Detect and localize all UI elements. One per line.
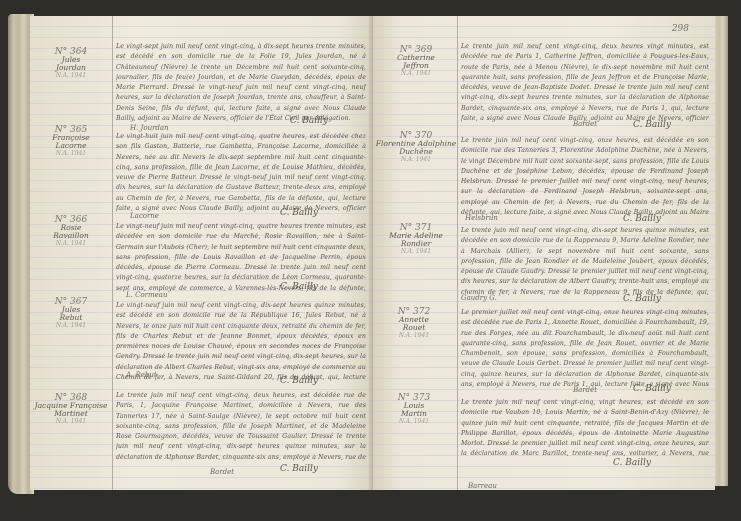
officer-signature: C. Bailly [290,116,328,126]
entry-note: N.A. 1941 [377,418,451,426]
entry-note: N.A. 1941 [34,322,108,330]
entry-note: N.A. 1941 [34,72,108,80]
officer-signature: C. Bailly [633,120,671,130]
declarant-signature: L. Cormeau [126,291,167,299]
entry-note: N.A. 1941 [379,70,453,78]
entry-text: Le vingt-huit juin mil neuf cent vingt-c… [116,132,366,214]
margin-annotation: N° 373 Louis Martin N.A. 1941 [377,394,451,426]
entry-note: N.A. 1941 [34,150,108,158]
margin-annotation: N° 370 Florentine Adolphine Duchêne N.A.… [375,132,457,164]
margin-line [457,16,458,490]
entry-text: Le trente juin mil neuf cent vingt-cinq,… [461,226,709,298]
margin-annotation: N° 366 Rosie Ravaillon N.A. 1941 [34,216,108,248]
entry-last-name: Lacorne [34,142,108,150]
entry-last-name: Rebut [34,314,108,322]
entry-text: Le premier juillet mil neuf cent vingt-c… [461,308,709,390]
margin-line [112,16,113,490]
officer-signature: C. Bailly [280,282,318,292]
entry-text: Le vingt-neuf juin mil neuf cent vingt-c… [116,222,366,294]
declarant-signature: Bardet [573,120,597,128]
entry-note: N.A. 1941 [377,332,451,340]
entry-last-name: Martinet [30,410,112,418]
officer-signature: C. Bailly [623,294,661,304]
declarant-signature: Helsbrun [465,214,498,222]
entry-text: Le vingt-sept juin mil neuf cent vingt-c… [116,42,366,124]
entry-note: N.A. 1941 [30,418,112,426]
paraph-signature: Barreau [468,482,497,490]
entry-text: Le trente juin mil neuf cent vingt-cinq,… [461,136,709,218]
declarant-signature: Bardet [573,386,597,394]
entry-note: N.A. 1941 [375,156,457,164]
margin-annotation: N° 367 Jules Rebut N.A. 1941 [34,298,108,330]
entry-last-name: Rouet [377,324,451,332]
left-page: N° 364 Jules Jourdan N.A. 1941 Le vingt-… [30,16,373,490]
officer-signature: C. Bailly [613,458,651,468]
margin-annotation: N° 369 Catherine Jeffron N.A. 1941 [379,46,453,78]
entry-last-name: Martin [377,410,451,418]
margin-annotation: N° 365 Françoise Lacorne N.A. 1941 [34,126,108,158]
entry-note: N.A. 1941 [34,240,108,248]
entry-last-name: Rondier [375,240,457,248]
declarant-signature: Gaudry G. [461,294,497,302]
declarant-signature: H. Jourdan [130,124,169,132]
entry-last-name: Ravaillon [34,232,108,240]
margin-annotation: N° 368 Jacquine Françoise Martinet N.A. … [30,394,112,426]
declarant-signature: Bardet [210,468,234,476]
officer-signature: C. Bailly [280,464,318,474]
margin-annotation: N° 364 Jules Jourdan N.A. 1941 [34,48,108,80]
margin-annotation: N° 371 Marie Adeline Rondier N.A. 1941 [375,224,457,256]
margin-annotation: N° 372 Annette Rouet N.A. 1941 [377,308,451,340]
entry-last-name: Duchêne [375,148,457,156]
officer-signature: C. Bailly [623,214,661,224]
officer-signature: C. Bailly [280,208,318,218]
declarant-signature: Lacorne [130,212,159,220]
entry-text: Le trente juin mil neuf cent vingt-cinq,… [461,398,709,460]
entry-text: Le trente juin mil neuf cent vingt-cinq,… [461,42,709,124]
officer-signature: C. Bailly [633,384,671,394]
register-book: N° 364 Jules Jourdan N.A. 1941 Le vingt-… [0,0,741,521]
declarant-signature: A. Rebut [126,371,157,379]
page-number: 298 [672,24,689,34]
right-page: 298 N° 369 Catherine Jeffron N.A. 1941 L… [373,16,715,490]
officer-signature: C. Bailly [280,376,318,386]
entry-text: Le trente juin mil neuf cent vingt-cinq,… [116,391,366,463]
entry-last-name: Jourdan [34,64,108,72]
entry-last-name: Jeffron [379,62,453,70]
entry-note: N.A. 1941 [375,248,457,256]
